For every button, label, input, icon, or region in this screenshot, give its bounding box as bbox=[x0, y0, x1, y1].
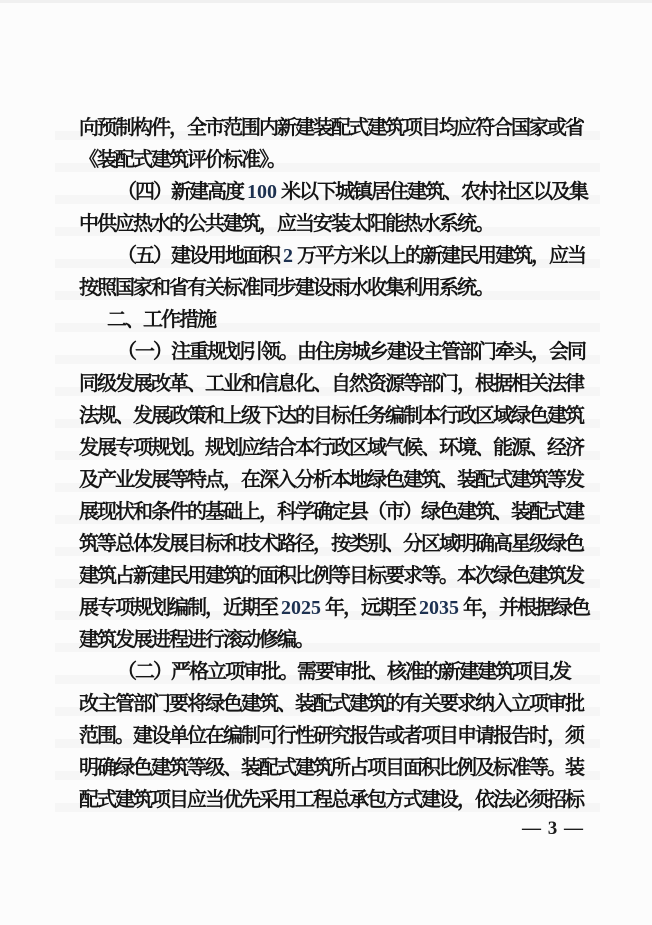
text-line: 法规、发展政策和上级下达的目标任务编制本行政区域绿色建筑 bbox=[79, 400, 594, 432]
text-line: 中供应热水的公共建筑，应当安装太阳能热水系统。 bbox=[79, 208, 594, 240]
text-line: 《装配式建筑评价标准》。 bbox=[79, 144, 594, 176]
text-line: 改主管部门要将绿色建筑、装配式建筑的有关要求纳入立项审批 bbox=[79, 688, 594, 720]
text-line: 筑等总体发展目标和技术路径，按类别、分区域明确高星级绿色 bbox=[79, 528, 594, 560]
text-line: （四）新建高度 100 米以下城镇居住建筑、农村社区以及集 bbox=[79, 176, 594, 208]
text-line: 同级发展改革、工业和信息化、自然资源等部门，根据相关法律 bbox=[79, 368, 594, 400]
text-line: 展现状和条件的基础上，科学确定县（市）绿色建筑、装配式建 bbox=[79, 496, 594, 528]
scanned-document-page: 向预制构件，全市范围内新建装配式建筑项目均应符合国家或省 《装配式建筑评价标准》… bbox=[0, 0, 652, 925]
text-line: 向预制构件，全市范围内新建装配式建筑项目均应符合国家或省 bbox=[79, 112, 594, 144]
document-body: 向预制构件，全市范围内新建装配式建筑项目均应符合国家或省 《装配式建筑评价标准》… bbox=[79, 112, 594, 816]
text-line: 配式建筑项目应当优先采用工程总承包方式建设，依法必须招标 bbox=[79, 784, 594, 816]
text-line: 明确绿色建筑等级、装配式建筑所占项目面积比例及标准等。装 bbox=[79, 752, 594, 784]
text-line: （二）严格立项审批。需要审批、核准的新建建筑项目,发 bbox=[79, 656, 594, 688]
text-line: 范围。建设单位在编制可行性研究报告或者项目申请报告时，须 bbox=[79, 720, 594, 752]
text-line: 发展专项规划。规划应结合本行政区域气候、环境、能源、经济 bbox=[79, 432, 594, 464]
text-line: 建筑发展进程进行滚动修编。 bbox=[79, 624, 594, 656]
text-line: 及产业发展等特点，在深入分析本地绿色建筑、装配式建筑等发 bbox=[79, 464, 594, 496]
text-line: 按照国家和省有关标准同步建设雨水收集利用系统。 bbox=[79, 272, 594, 304]
text-line: （一）注重规划引领。由住房城乡建设主管部门牵头，会同 bbox=[79, 336, 594, 368]
text-line: （五）建设用地面积 2 万平方米以上的新建民用建筑，应当 bbox=[79, 240, 594, 272]
page-number: — 3 — bbox=[522, 818, 584, 840]
scan-edge-artifact bbox=[0, 0, 652, 3]
text-line: 展专项规划编制，近期至 2025 年，远期至 2035 年，并根据绿色 bbox=[79, 592, 594, 624]
text-line: 建筑占新建民用建筑的面积比例等目标要求等。本次绿色建筑发 bbox=[79, 560, 594, 592]
section-heading: 二、工作措施 bbox=[79, 304, 594, 336]
